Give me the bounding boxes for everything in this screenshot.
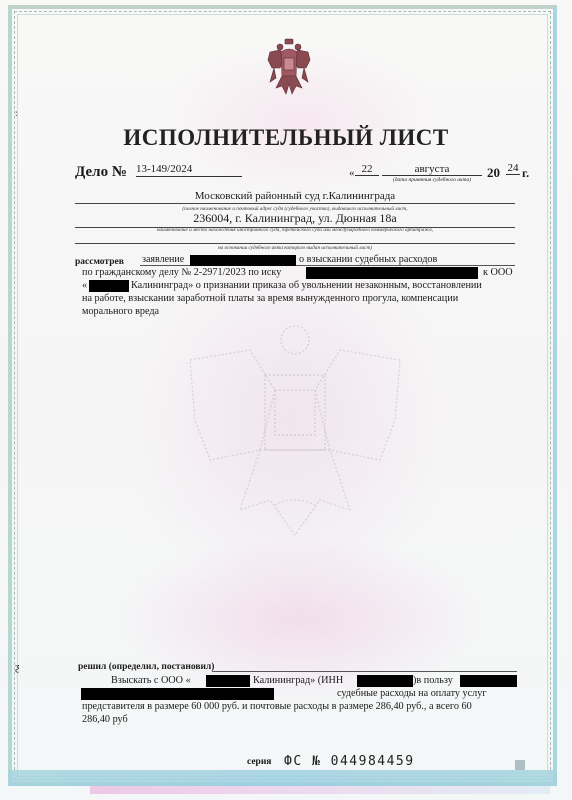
date-day: 22: [355, 163, 379, 176]
date-open-quote: «: [349, 167, 355, 179]
decision-line-1c: )в пользу: [413, 674, 453, 687]
binding-mark: :: [15, 108, 18, 118]
case-label: Дело №: [75, 164, 127, 181]
coat-of-arms-watermark-icon: [180, 320, 410, 540]
date-year-prefix: 20: [487, 165, 500, 181]
decision-line-1a: Взыскать с ООО «: [111, 674, 191, 687]
redacted-block: [206, 675, 250, 687]
court-name: Московский районный суд г.Калининграда: [75, 190, 515, 204]
date-year-suffix: 24: [506, 162, 520, 175]
security-bottom-band: [8, 770, 557, 786]
case-number: 13-149/2024: [136, 163, 242, 177]
considered-line-4: на работе, взыскании заработной платы за…: [82, 292, 458, 305]
considered-line-1b: о взыскании судебных расходов: [299, 253, 437, 266]
document-title: ИСПОЛНИТЕЛЬНЫЙ ЛИСТ: [0, 125, 572, 151]
considered-line-3b: Калининград» о признании приказа об увол…: [131, 279, 482, 292]
decision-line-2: судебные расходы на оплату услуг: [337, 687, 487, 700]
court-address-caption: наименование и место нахождения иностран…: [75, 227, 515, 233]
redacted-block: [357, 675, 413, 687]
series-label: серия: [247, 757, 271, 767]
court-address: 236004, г. Калининград, ул. Дюнная 18а: [75, 211, 515, 228]
considered-line-2b: к ООО: [483, 266, 513, 279]
date-month: августа: [382, 163, 482, 176]
redacted-block: [190, 255, 296, 266]
considered-line-3a: «: [82, 279, 87, 292]
redacted-block: [81, 688, 274, 700]
decision-line-4: 286,40 руб: [82, 713, 128, 726]
considered-line-5: морального вреда: [82, 305, 159, 318]
series-number: ФС № 044984459: [284, 754, 415, 769]
date-caption: (дата принятия судебного акта): [382, 177, 482, 183]
considered-line-2a: по гражданскому делу № 2-2971/2023 по ис…: [82, 266, 281, 279]
decision-field-line: [212, 671, 517, 672]
binding-mark: ƺ: [15, 662, 19, 673]
decision-label: решил (определил, постановил): [78, 662, 214, 672]
date-year-mark: г.: [522, 166, 529, 181]
stamp-mark: [515, 760, 525, 770]
redacted-block: [89, 280, 129, 292]
court-act-caption: на основании судебного акта которого выд…: [75, 245, 515, 251]
redacted-block: [306, 267, 478, 279]
decision-line-3: представителя в размере 60 000 руб. и по…: [82, 700, 472, 713]
redacted-block: [460, 675, 517, 687]
russian-coat-of-arms-icon: [266, 38, 312, 98]
decision-line-1b: Калининград» (ИНН: [253, 674, 343, 687]
considered-line-1a: заявление: [142, 253, 184, 266]
security-pink-band: [90, 786, 550, 794]
blank-line: [75, 243, 515, 244]
